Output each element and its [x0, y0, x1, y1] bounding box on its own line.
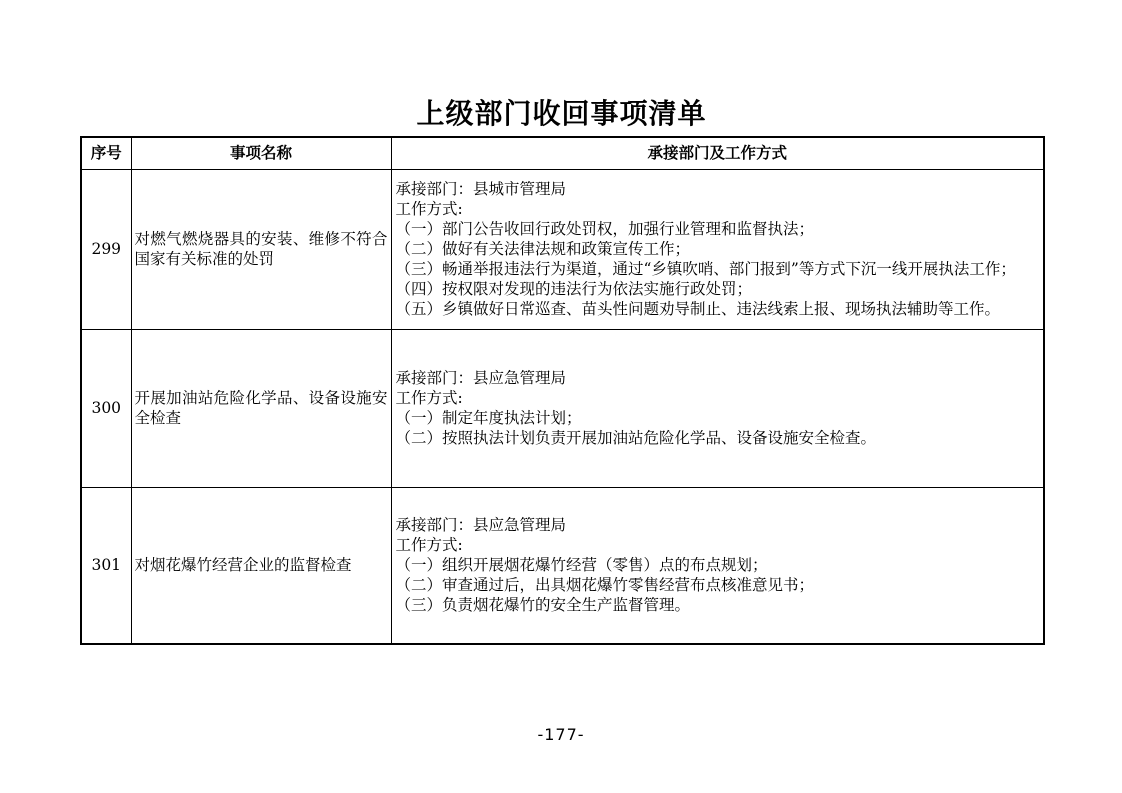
row-detail-cell: 承接部门：县应急管理局 工作方式: （一）制定年度执法计划； （二）按照执法计划…	[391, 329, 1044, 487]
detail-line-item: （四）按权限对发现的违法行为依法实施行政处罚；	[396, 279, 1040, 299]
detail-line-dept: 承接部门：县城市管理局	[396, 179, 1040, 199]
detail-line-item: （二）做好有关法律法规和政策宣传工作；	[396, 239, 1040, 259]
detail-line-item: （一）制定年度执法计划；	[396, 408, 1040, 428]
row-detail-cell: 承接部门：县城市管理局 工作方式: （一）部门公告收回行政处罚权，加强行业管理和…	[391, 169, 1044, 329]
col-header-dept-method: 承接部门及工作方式	[391, 137, 1044, 169]
detail-line-method-label: 工作方式:	[396, 199, 1040, 219]
detail-line-dept: 承接部门：县应急管理局	[396, 368, 1040, 388]
col-header-seq: 序号	[81, 137, 131, 169]
page-number: -177-	[0, 725, 1122, 744]
detail-line-dept: 承接部门：县应急管理局	[396, 515, 1040, 535]
table-row: 301 对烟花爆竹经营企业的监督检查 承接部门：县应急管理局 工作方式: （一）…	[81, 487, 1044, 644]
row-seq: 299	[81, 169, 131, 329]
detail-line-method-label: 工作方式:	[396, 535, 1040, 555]
table-row: 300 开展加油站危险化学品、设备设施安全检查 承接部门：县应急管理局 工作方式…	[81, 329, 1044, 487]
detail-line-item: （三）畅通举报违法行为渠道，通过“乡镇吹哨、部门报到”等方式下沉一线开展执法工作…	[396, 259, 1040, 279]
document-page: 上级部门收回事项清单 序号 事项名称 承接部门及工作方式 299 对燃气燃烧器具…	[0, 0, 1122, 793]
detail-line-item: （一）部门公告收回行政处罚权，加强行业管理和监督执法；	[396, 219, 1040, 239]
row-item-name: 开展加油站危险化学品、设备设施安全检查	[131, 329, 391, 487]
detail-line-item: （二）按照执法计划负责开展加油站危险化学品、设备设施安全检查。	[396, 428, 1040, 448]
table-header-row: 序号 事项名称 承接部门及工作方式	[81, 137, 1044, 169]
col-header-item-name: 事项名称	[131, 137, 391, 169]
detail-line-method-label: 工作方式:	[396, 388, 1040, 408]
detail-line-item: （一）组织开展烟花爆竹经营（零售）点的布点规划；	[396, 555, 1040, 575]
row-item-name: 对烟花爆竹经营企业的监督检查	[131, 487, 391, 644]
table-row: 299 对燃气燃烧器具的安装、维修不符合国家有关标准的处罚 承接部门：县城市管理…	[81, 169, 1044, 329]
row-seq: 301	[81, 487, 131, 644]
matters-table: 序号 事项名称 承接部门及工作方式 299 对燃气燃烧器具的安装、维修不符合国家…	[80, 136, 1045, 645]
row-seq: 300	[81, 329, 131, 487]
row-item-name: 对燃气燃烧器具的安装、维修不符合国家有关标准的处罚	[131, 169, 391, 329]
detail-line-item: （三）负责烟花爆竹的安全生产监督管理。	[396, 595, 1040, 615]
row-detail-cell: 承接部门：县应急管理局 工作方式: （一）组织开展烟花爆竹经营（零售）点的布点规…	[391, 487, 1044, 644]
detail-line-item: （五）乡镇做好日常巡查、苗头性问题劝导制止、违法线索上报、现场执法辅助等工作。	[396, 299, 1040, 319]
page-title: 上级部门收回事项清单	[80, 92, 1043, 132]
detail-line-item: （二）审查通过后，出具烟花爆竹零售经营布点核准意见书；	[396, 575, 1040, 595]
